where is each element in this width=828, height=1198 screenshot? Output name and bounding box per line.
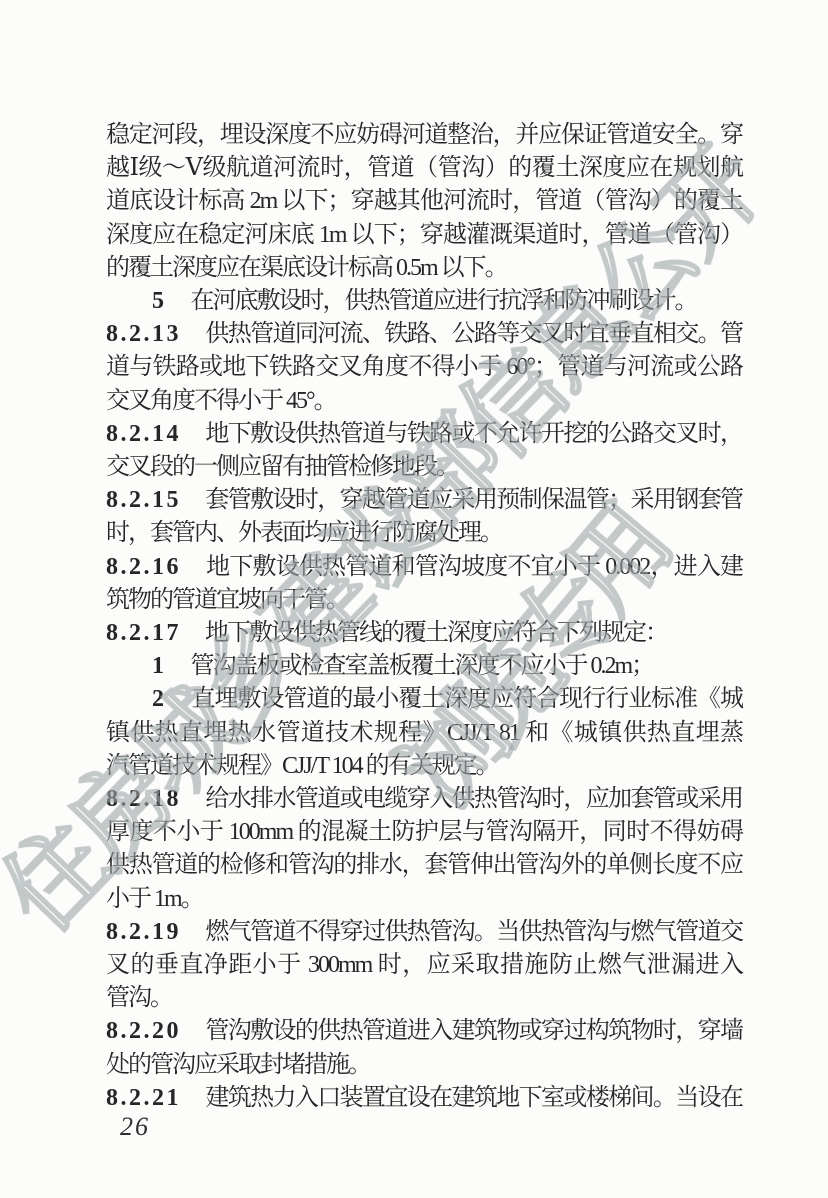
text-line: 深度应在稳定河床底 1m 以下；穿越灌溉渠道时，管道（管沟） [106, 219, 742, 252]
text-line: 处的管沟应采取封堵措施。 [106, 1049, 742, 1082]
clause-number: 8.2.13 [106, 321, 181, 347]
text-line: 叉的垂直净距小于 300mm 时，应采取措施防止燃气泄漏进入 [106, 949, 742, 982]
line-text: 筑物的管道宜坡向干管。 [106, 587, 348, 613]
text-line: 8.2.19燃气管道不得穿过供热管沟。当供热管沟与燃气管道交 [106, 916, 742, 949]
line-text: 厚度不小于 100mm 的混凝土防护层与管沟隔开，同时不得妨碍 [106, 819, 742, 845]
text-line: 8.2.17地下敷设供热管线的覆土深度应符合下列规定： [106, 617, 742, 650]
clause-number: 8.2.15 [106, 487, 181, 513]
line-text: 供热管道的检修和管沟的排水，套管伸出管沟外的单侧长度不应 [106, 852, 742, 878]
line-text: 汽管道技术规程》CJJ/T 104 的有关规定。 [106, 753, 498, 779]
line-text: 管沟盖板或检查室盖板覆土深度不应小于 0.2m； [191, 653, 654, 679]
line-text: 套管敷设时，穿越管道应采用预制保温管；采用钢套管 [205, 487, 742, 513]
line-text: 稳定河段，埋设深度不应妨碍河道整治，并应保证管道安全。穿 [106, 122, 742, 148]
line-text: 建筑热力入口装置宜设在建筑地下室或楼梯间。当设在 [205, 1085, 742, 1111]
text-line: 时，套管内、外表面均应进行防腐处理。 [106, 517, 742, 550]
line-text: 道底设计标高 2m 以下；穿越其他河流时，管道（管沟）的覆土 [106, 188, 742, 214]
text-line: 8.2.16地下敷设供热管道和管沟坡度不宜小于 0.002，进入建 [106, 551, 742, 584]
text-line: 道与铁路或地下铁路交叉角度不得小于 60°；管道与河流或公路 [106, 351, 742, 384]
text-line: 越Ⅰ级～Ⅴ级航道河流时，管道（管沟）的覆土深度应在规划航 [106, 152, 742, 185]
line-text: 交叉角度不得小于 45°。 [106, 388, 336, 414]
line-text: 深度应在稳定河床底 1m 以下；穿越灌溉渠道时，管道（管沟） [106, 222, 742, 248]
clause-number: 8.2.16 [106, 554, 181, 580]
line-text: 小于 1m。 [106, 886, 203, 912]
text-line: 汽管道技术规程》CJJ/T 104 的有关规定。 [106, 750, 742, 783]
text-line: 镇供热直埋热水管道技术规程》CJJ/T 81 和《城镇供热直埋蒸 [106, 717, 742, 750]
clause-number: 8.2.14 [106, 421, 181, 447]
text-line: 供热管道的检修和管沟的排水，套管伸出管沟外的单侧长度不应 [106, 849, 742, 882]
line-text: 管沟敷设的供热管道进入建筑物或穿过构筑物时，穿墙 [205, 1018, 742, 1044]
text-line: 1管沟盖板或检查室盖板覆土深度不应小于 0.2m； [106, 650, 742, 683]
line-text: 在河底敷设时，供热管道应进行抗浮和防冲刷设计。 [191, 288, 697, 314]
document-page: 稳定河段，埋设深度不应妨碍河道整治，并应保证管道安全。穿越Ⅰ级～Ⅴ级航道河流时，… [0, 0, 828, 1198]
clause-number: 8.2.17 [106, 620, 181, 646]
text-line: 8.2.13供热管道同河流、铁路、公路等交叉时宜垂直相交。管 [106, 318, 742, 351]
text-line: 交叉角度不得小于 45°。 [106, 385, 742, 418]
text-line: 小于 1m。 [106, 883, 742, 916]
line-text: 燃气管道不得穿过供热管沟。当供热管沟与燃气管道交 [205, 919, 742, 945]
line-text: 时，套管内、外表面均应进行防腐处理。 [106, 520, 502, 546]
line-text: 给水排水管道或电缆穿入供热管沟时，应加套管或采用 [205, 786, 742, 812]
line-text: 叉的垂直净距小于 300mm 时，应采取措施防止燃气泄漏进入 [106, 952, 742, 978]
line-text: 地下敷设供热管线的覆土深度应符合下列规定： [205, 620, 667, 646]
line-text: 道与铁路或地下铁路交叉角度不得小于 60°；管道与河流或公路 [106, 354, 742, 380]
line-text: 直埋敷设管道的最小覆土深度应符合现行行业标准《城 [191, 686, 743, 712]
text-line: 8.2.15套管敷设时，穿越管道应采用预制保温管；采用钢套管 [106, 484, 742, 517]
text-line: 8.2.20管沟敷设的供热管道进入建筑物或穿过构筑物时，穿墙 [106, 1015, 742, 1048]
line-text: 镇供热直埋热水管道技术规程》CJJ/T 81 和《城镇供热直埋蒸 [106, 720, 742, 746]
clause-number: 8.2.20 [106, 1018, 181, 1044]
text-line: 8.2.21建筑热力入口装置宜设在建筑地下室或楼梯间。当设在 [106, 1082, 742, 1115]
line-text: 交叉段的一侧应留有抽管检修地段。 [106, 454, 458, 480]
page-number: 26 [120, 1112, 150, 1142]
text-line: 8.2.18给水排水管道或电缆穿入供热管沟时，应加套管或采用 [106, 783, 742, 816]
text-line: 筑物的管道宜坡向干管。 [106, 584, 742, 617]
line-text: 地下敷设供热管道和管沟坡度不宜小于 0.002，进入建 [205, 554, 742, 580]
clause-number: 8.2.19 [106, 919, 181, 945]
line-text: 越Ⅰ级～Ⅴ级航道河流时，管道（管沟）的覆土深度应在规划航 [106, 155, 742, 181]
line-text: 供热管道同河流、铁路、公路等交叉时宜垂直相交。管 [205, 321, 742, 347]
text-line: 的覆土深度应在渠底设计标高 0.5m 以下。 [106, 252, 742, 285]
clause-number: 8.2.18 [106, 786, 181, 812]
text-line: 5在河底敷设时，供热管道应进行抗浮和防冲刷设计。 [106, 285, 742, 318]
line-text: 的覆土深度应在渠底设计标高 0.5m 以下。 [106, 255, 507, 281]
clause-number: 2 [152, 686, 167, 712]
text-line: 稳定河段，埋设深度不应妨碍河道整治，并应保证管道安全。穿 [106, 119, 742, 152]
text-line: 交叉段的一侧应留有抽管检修地段。 [106, 451, 742, 484]
text-column: 稳定河段，埋设深度不应妨碍河道整治，并应保证管道安全。穿越Ⅰ级～Ⅴ级航道河流时，… [106, 119, 742, 1115]
clause-number: 1 [152, 653, 167, 679]
text-line: 厚度不小于 100mm 的混凝土防护层与管沟隔开，同时不得妨碍 [106, 816, 742, 849]
text-line: 道底设计标高 2m 以下；穿越其他河流时，管道（管沟）的覆土 [106, 185, 742, 218]
line-text: 地下敷设供热管道与铁路或不允许开挖的公路交叉时， [205, 421, 742, 447]
line-text: 管沟。 [106, 985, 172, 1011]
clause-number: 8.2.21 [106, 1085, 181, 1111]
text-line: 管沟。 [106, 982, 742, 1015]
line-text: 处的管沟应采取封堵措施。 [106, 1052, 370, 1078]
text-line: 8.2.14地下敷设供热管道与铁路或不允许开挖的公路交叉时， [106, 418, 742, 451]
text-line: 2直埋敷设管道的最小覆土深度应符合现行行业标准《城 [106, 683, 742, 716]
clause-number: 5 [152, 288, 167, 314]
